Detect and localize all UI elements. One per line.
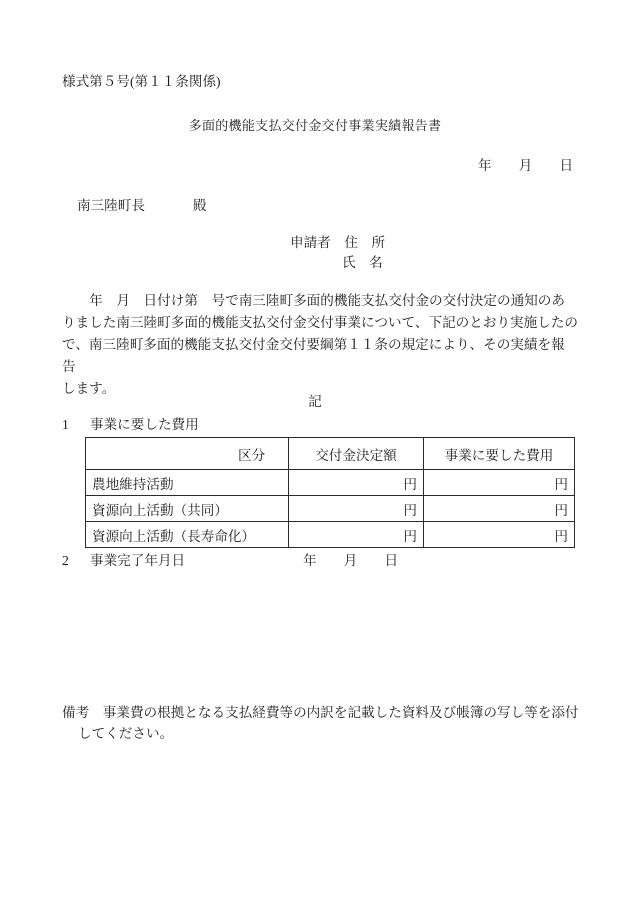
project-cost-cell: 円 — [424, 522, 575, 548]
header-decided-amount: 交付金決定額 — [289, 438, 424, 470]
decided-amount-cell: 円 — [289, 496, 424, 522]
cost-table-header-row: 区分 交付金決定額 事業に要した費用 — [86, 438, 575, 470]
remarks-line: してください。 — [78, 723, 582, 744]
project-cost-cell: 円 — [424, 496, 575, 522]
section1-label: 事業に要した費用 — [90, 415, 199, 435]
body-paragraph-line: 年 月 日付け第 号で南三陸町多面的機能支払交付金の交付決定の通知のあ — [62, 290, 578, 312]
cost-table: 区分 交付金決定額 事業に要した費用 農地維持活動 円 円 資源向上活動（共同）… — [85, 437, 575, 548]
addressee-name: 南三陸町長 — [77, 198, 145, 213]
form-number: 様式第５号(第１１条関係) — [62, 72, 221, 92]
project-cost-cell: 円 — [424, 470, 575, 496]
section2-heading: 2 事業完了年月日 年 月 日 — [62, 551, 562, 571]
record-marker: 記 — [0, 392, 630, 412]
body-paragraph: 年 月 日付け第 号で南三陸町多面的機能支払交付金の交付決定の通知のあ りました… — [62, 290, 578, 400]
remarks-line: 備考 事業費の根拠となる支払経費等の内訳を記載した資料及び帳簿の写し等を添付 — [62, 702, 582, 723]
category-cell: 資源向上活動（共同） — [86, 496, 289, 522]
decided-amount-cell: 円 — [289, 522, 424, 548]
table-row: 資源向上活動（長寿命化） 円 円 — [86, 522, 575, 548]
addressee-line: 南三陸町長殿 — [77, 196, 207, 216]
section2-label: 事業完了年月日 — [90, 551, 185, 571]
document-page: 様式第５号(第１１条関係) 多面的機能支払交付金交付事業実績報告書 年 月 日 … — [0, 0, 630, 903]
section1-number: 1 — [62, 415, 69, 435]
applicant-address-line: 申請者 住 所 — [290, 233, 385, 253]
date-line: 年 月 日 — [478, 156, 573, 176]
header-project-cost: 事業に要した費用 — [424, 438, 575, 470]
applicant-block: 申請者 住 所 氏 名 — [290, 233, 385, 273]
category-cell: 農地維持活動 — [86, 470, 289, 496]
honorific: 殿 — [193, 198, 207, 213]
remarks-block: 備考 事業費の根拠となる支払経費等の内訳を記載した資料及び帳簿の写し等を添付 し… — [62, 702, 582, 744]
decided-amount-cell: 円 — [289, 470, 424, 496]
table-row: 資源向上活動（共同） 円 円 — [86, 496, 575, 522]
section2-number: 2 — [62, 551, 69, 571]
section2-date-line: 年 月 日 — [303, 551, 398, 571]
applicant-name-line: 氏 名 — [290, 253, 385, 273]
table-row: 農地維持活動 円 円 — [86, 470, 575, 496]
body-paragraph-line: りました南三陸町多面的機能支払交付金交付事業について、下記のとおり実施したの — [62, 312, 578, 334]
category-cell: 資源向上活動（長寿命化） — [86, 522, 289, 548]
section1-heading: 1 事業に要した費用 — [62, 415, 462, 435]
document-title: 多面的機能支払交付金交付事業実績報告書 — [0, 116, 630, 136]
header-category: 区分 — [86, 438, 289, 470]
body-paragraph-line: で、南三陸町多面的機能支払交付金交付要綱第１１条の規定により、その実績を報告 — [62, 334, 578, 378]
